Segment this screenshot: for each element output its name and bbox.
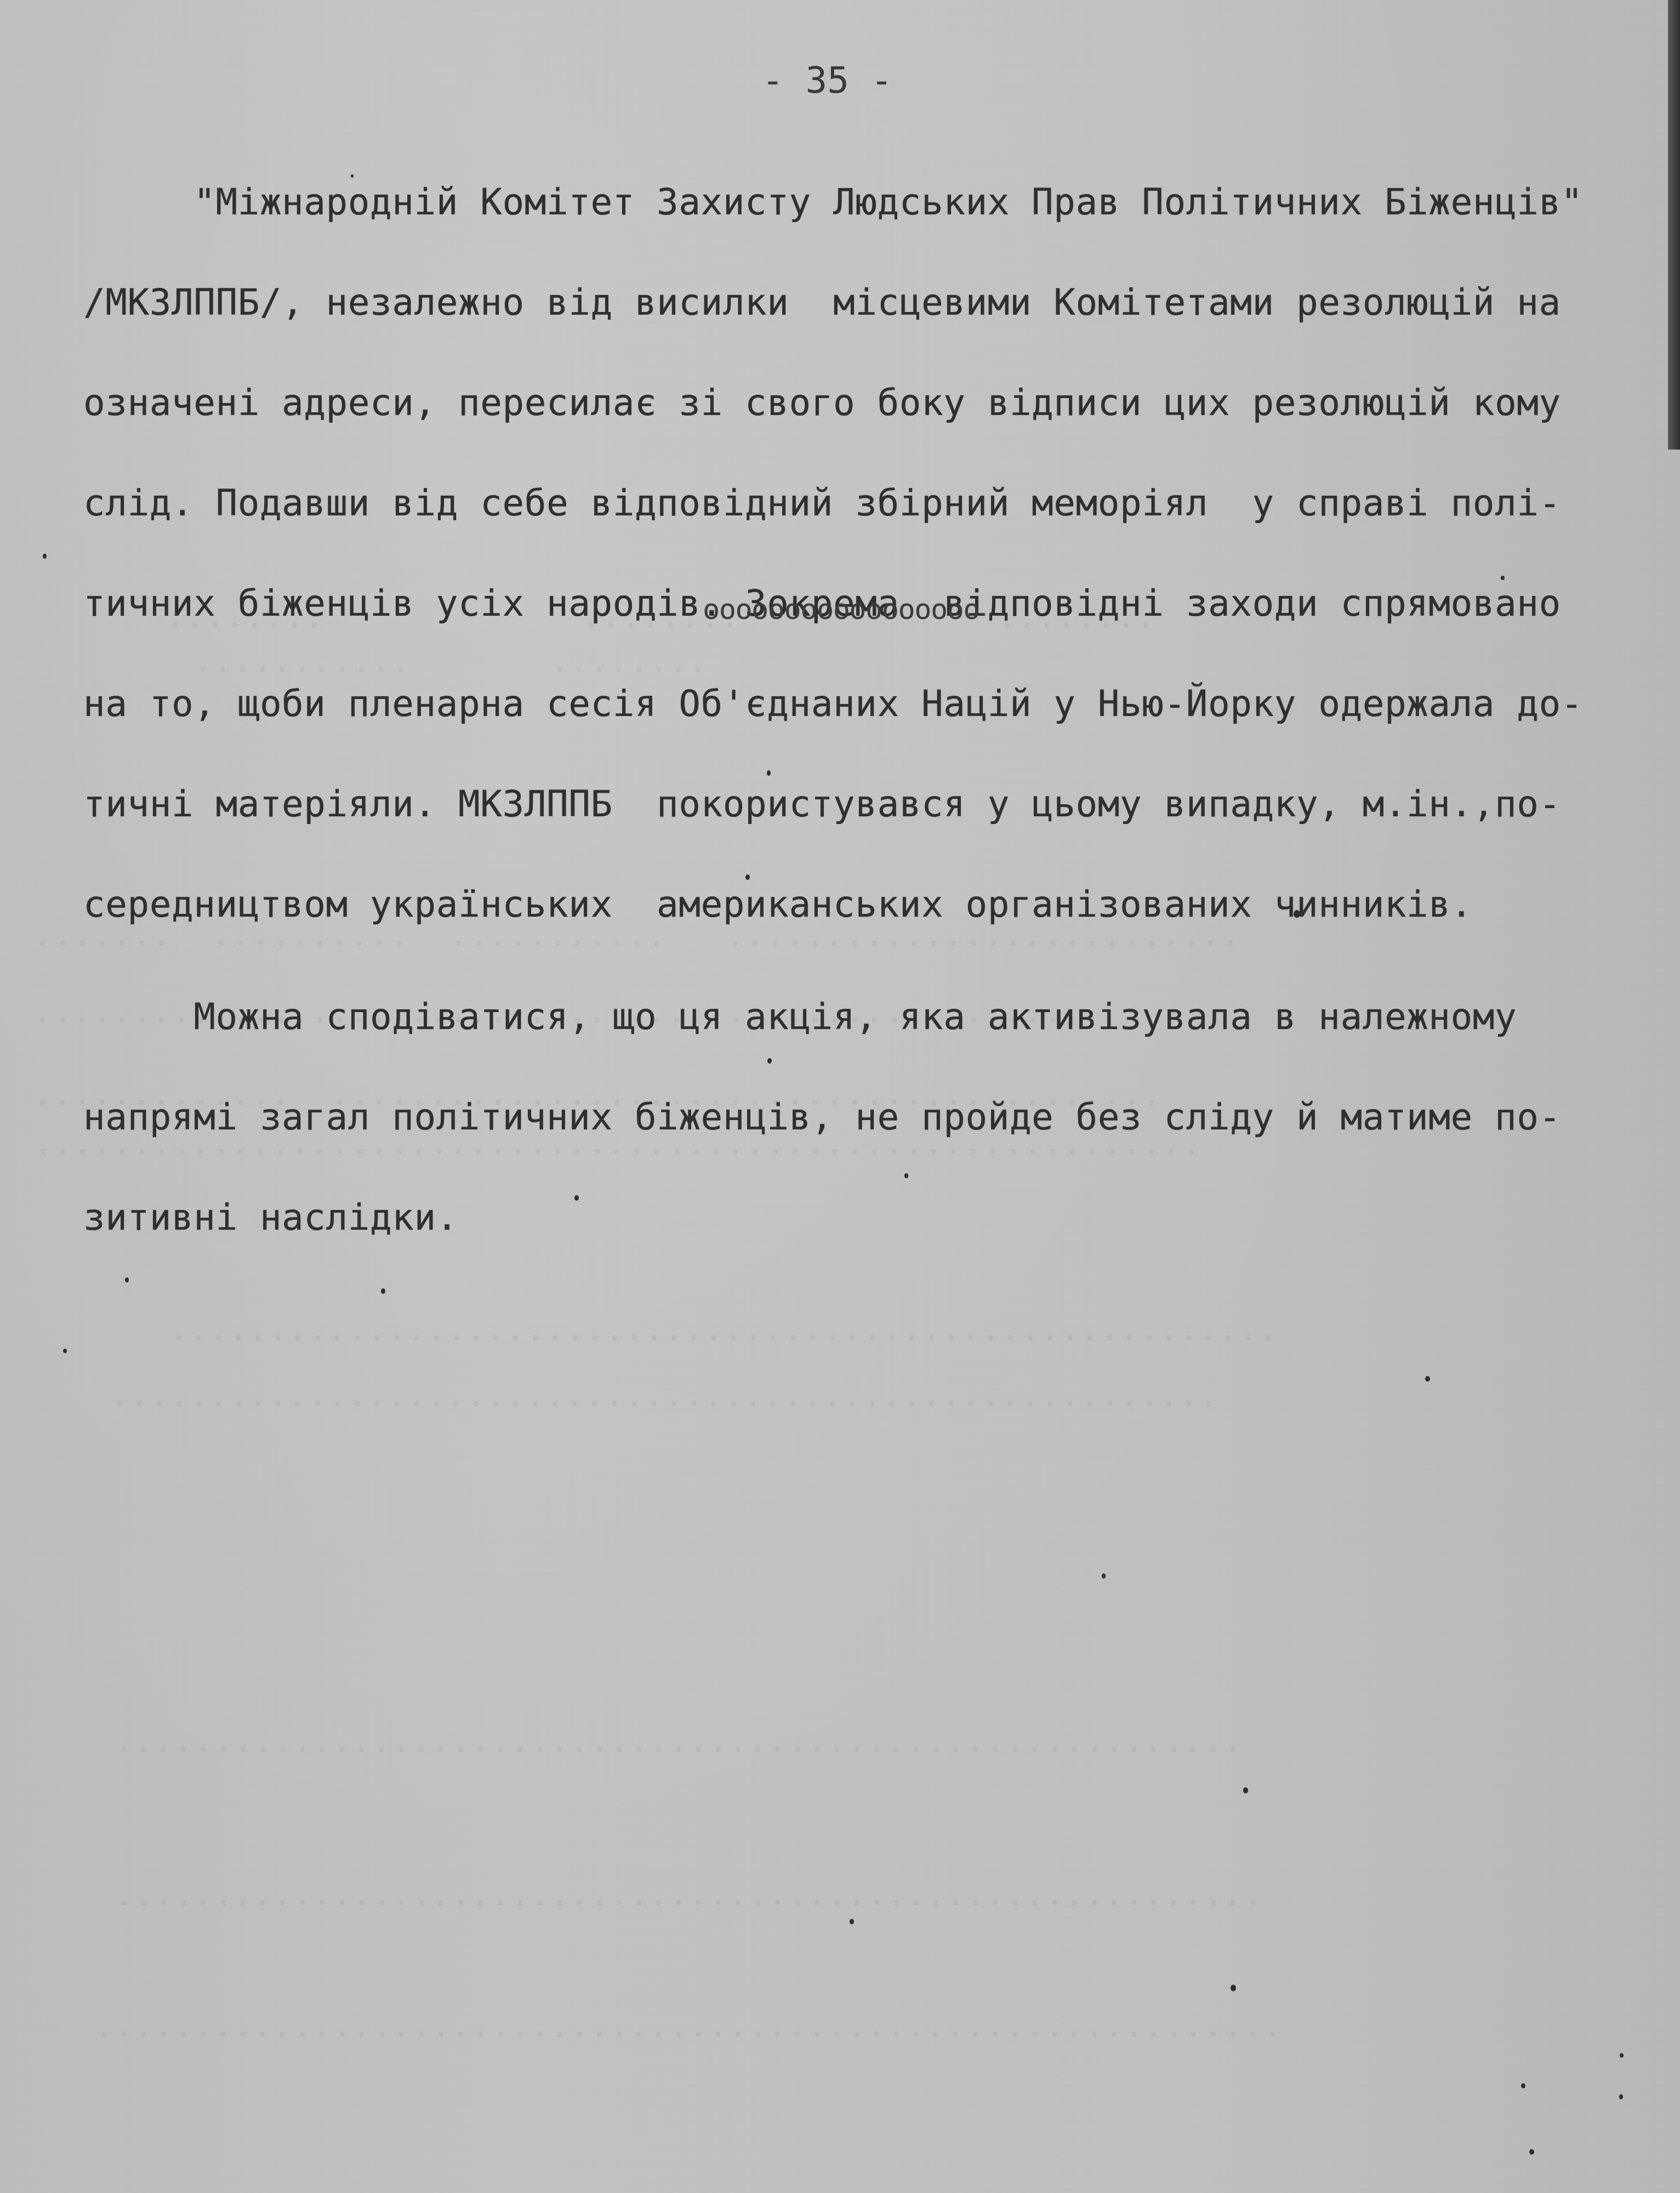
scanned-page: ........ ........ ........ ........... .… bbox=[0, 0, 1680, 2193]
scan-speck bbox=[1620, 2053, 1624, 2058]
scan-speck bbox=[43, 554, 47, 559]
text-line: слід. Подавши від себе відповідний збірн… bbox=[83, 486, 1583, 520]
scan-speck bbox=[1102, 1573, 1106, 1578]
scan-speck bbox=[1425, 1376, 1430, 1382]
section-separator: ooooooooooooooooo bbox=[703, 593, 979, 626]
text-line: на то, щоби пленарна сесія Об'єднаних На… bbox=[83, 687, 1583, 720]
text-line: зитивні наслідки. bbox=[83, 1201, 1583, 1234]
scan-speck bbox=[125, 1277, 129, 1282]
body-text: "Міжнародній Комітет Захисту Людських Пр… bbox=[83, 118, 1583, 1301]
bleed-through-text: ........................................… bbox=[110, 1310, 1278, 1349]
scan-speck bbox=[574, 1195, 579, 1201]
text-line: /МКЗЛППБ/, незалежно від висилки місцеви… bbox=[83, 286, 1583, 319]
scan-speck bbox=[1529, 2149, 1534, 2155]
bleed-through-text: ........................................… bbox=[55, 2007, 1283, 2045]
scan-speck bbox=[1294, 910, 1300, 918]
text-line: Можна сподіватися, що ця акція, яка акти… bbox=[83, 1000, 1583, 1033]
scan-speck bbox=[904, 1173, 908, 1178]
scan-speck bbox=[745, 874, 750, 880]
scan-speck bbox=[850, 1919, 854, 1924]
text-line: "Міжнародній Комітет Захисту Людських Пр… bbox=[83, 185, 1583, 219]
bleed-through-text: ........................................… bbox=[110, 1376, 1218, 1414]
text-line: середництвом українських американських о… bbox=[83, 888, 1583, 921]
scan-speck bbox=[63, 1349, 67, 1353]
scan-edge-shadow bbox=[1668, 0, 1680, 450]
text-line: тичні матеріяли. МКЗЛППБ покористувався … bbox=[83, 787, 1583, 821]
scan-speck bbox=[1521, 2083, 1525, 2088]
scan-speck bbox=[1619, 2094, 1623, 2099]
text-line: напрямі загал політичних біженців, не пр… bbox=[83, 1100, 1583, 1134]
bleed-through-text: ........................................… bbox=[55, 1875, 1263, 1913]
text-line: означені адреси, пересилає зі свого боку… bbox=[83, 386, 1583, 419]
scan-speck bbox=[351, 174, 354, 178]
scan-speck bbox=[1243, 1787, 1248, 1793]
scan-speck bbox=[381, 1288, 385, 1294]
scan-speck bbox=[1231, 1985, 1236, 1991]
scan-speck bbox=[767, 1058, 772, 1064]
scan-speck bbox=[767, 770, 771, 776]
bleed-through-text: ........................................… bbox=[55, 1722, 1243, 1760]
page-number: - 35 - bbox=[762, 59, 892, 101]
scan-speck bbox=[1501, 576, 1505, 580]
